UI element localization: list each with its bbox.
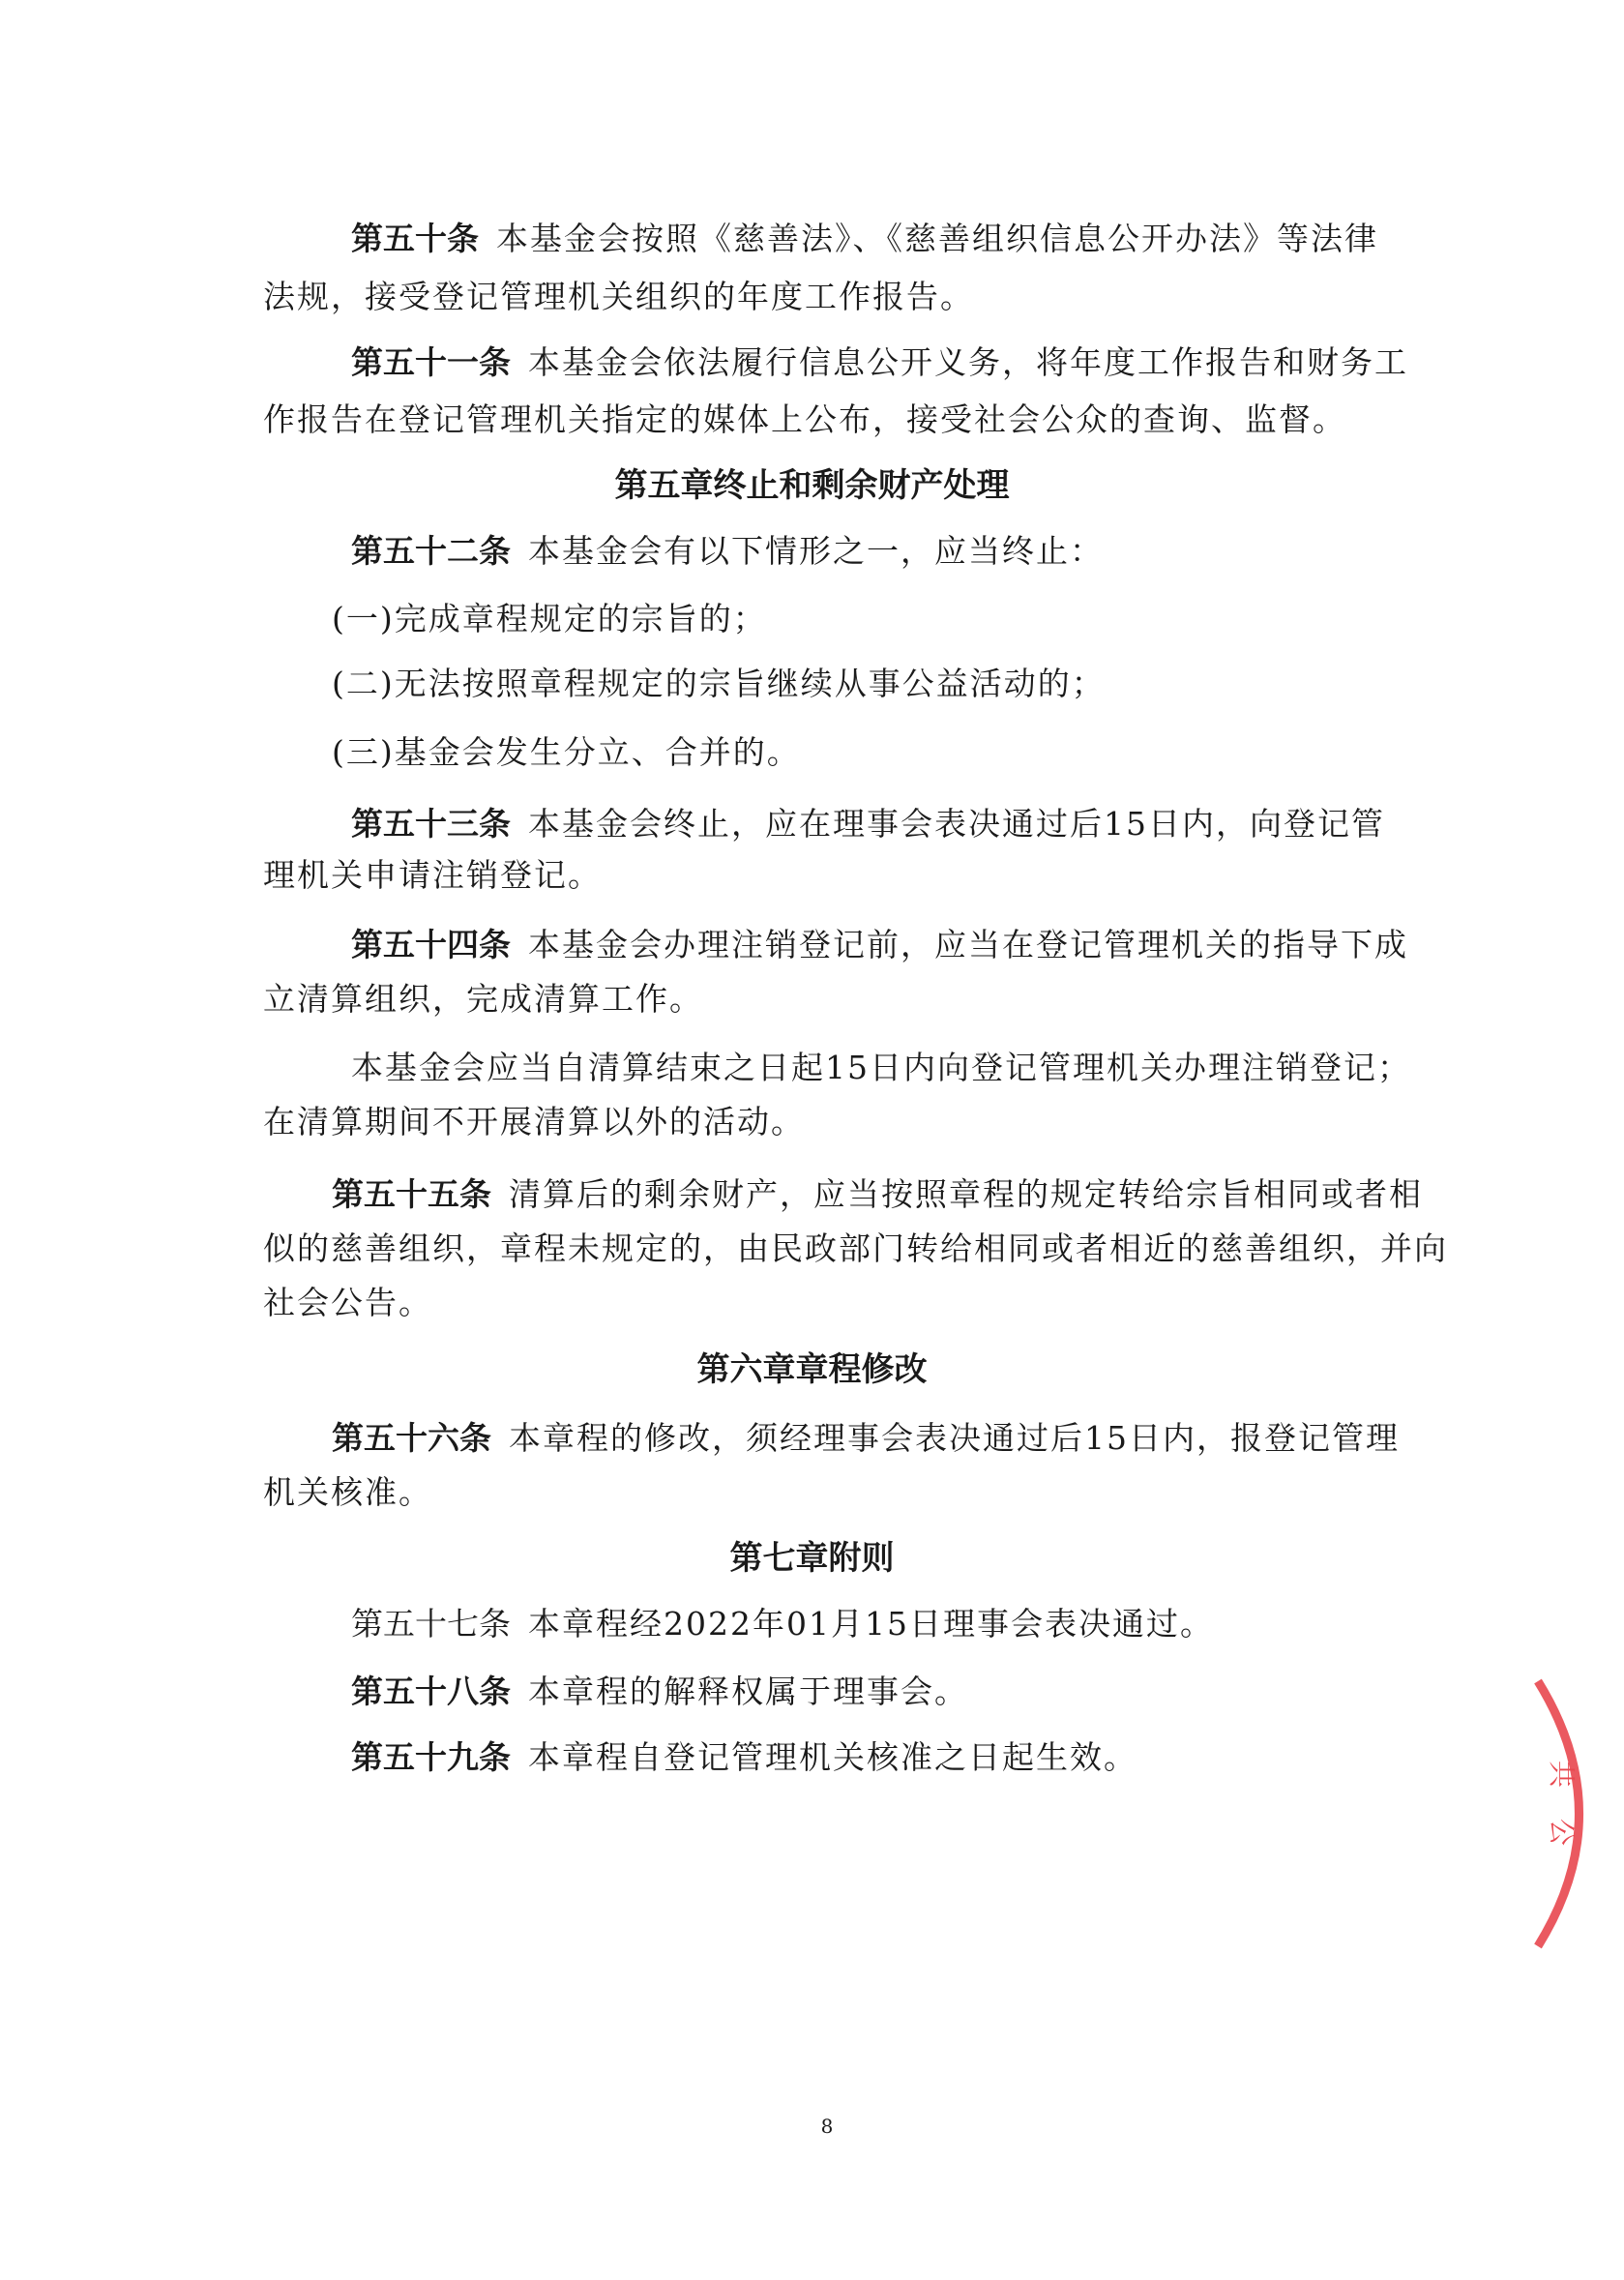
article-51-line-2: 作报告在登记管理机关指定的媒体上公布，接受社会公众的查询、监督。 [263,400,1385,439]
article-label: 第五十五条 [332,1175,491,1213]
article-50-line-1: 第五十条本基金会按照《慈善法》、《慈善组织信息公开办法》等法律 [351,220,1386,258]
article-53-line-1: 第五十三条本基金会终止，应在理事会表决通过后15日内，向登记管 [351,805,1386,844]
article-51-line-1: 第五十一条本基金会依法履行信息公开义务，将年度工作报告和财务工 [351,343,1386,382]
article-label: 第五十七条 [351,1605,511,1643]
article-59: 第五十九条本章程自登记管理机关核准之日起生效。 [351,1738,1386,1777]
list-item-1: (一)完成章程规定的宗旨的； [332,600,1386,638]
paragraph-line-1: 本基金会应当自清算结束之日起15日内向登记管理机关办理注销登记； [351,1049,1386,1087]
article-label: 第五十六条 [332,1419,491,1457]
article-label: 第五十条 [351,220,479,257]
article-label: 第五十一条 [351,343,511,381]
article-53-line-2: 理机关申请注销登记。 [263,856,1385,895]
article-57: 第五十七条本章程经2022年01月15日理事会表决通过。 [351,1605,1386,1643]
article-label: 第五十四条 [351,926,511,963]
article-52-line-1: 第五十二条本基金会有以下情形之一，应当终止： [351,532,1386,571]
chapter-7-heading: 第七章附则 [0,1539,1624,1578]
svg-text:共: 共 [1546,1761,1578,1788]
article-58: 第五十八条本章程的解释权属于理事会。 [351,1673,1386,1711]
list-item-3: (三)基金会发生分立、合并的。 [332,733,1386,772]
article-label: 第五十三条 [351,805,511,843]
page-number: 8 [0,2115,1624,2138]
article-label: 第五十二条 [351,532,511,570]
article-label: 第五十八条 [351,1673,511,1710]
article-54-line-2: 立清算组织，完成清算工作。 [263,980,1385,1019]
list-item-2: (二)无法按照章程规定的宗旨继续从事公益活动的； [332,665,1386,703]
chapter-6-heading: 第六章章程修改 [0,1350,1624,1389]
article-54-line-1: 第五十四条本基金会办理注销登记前，应当在登记管理机关的指导下成 [351,926,1386,964]
article-56-line-1: 第五十六条本章程的修改，须经理事会表决通过后15日内，报登记管理 [332,1419,1386,1458]
chapter-5-heading: 第五章终止和剩余财产处理 [0,466,1624,505]
article-55-line-3: 社会公告。 [263,1284,1385,1322]
article-50-line-2: 法规，接受登记管理机关组织的年度工作报告。 [263,278,1385,316]
official-seal-stamp: 共 公 [1509,1673,1615,1954]
article-55-line-2: 似的慈善组织，章程未规定的，由民政部门转给相同或者相近的慈善组织，并向 [263,1229,1385,1268]
article-label: 第五十九条 [351,1738,511,1776]
paragraph-line-2: 在清算期间不开展清算以外的活动。 [263,1103,1385,1141]
article-55-line-1: 第五十五条清算后的剩余财产，应当按照章程的规定转给宗旨相同或者相 [332,1175,1386,1214]
article-56-line-2: 机关核准。 [263,1473,1385,1512]
svg-text:公: 公 [1546,1819,1578,1846]
